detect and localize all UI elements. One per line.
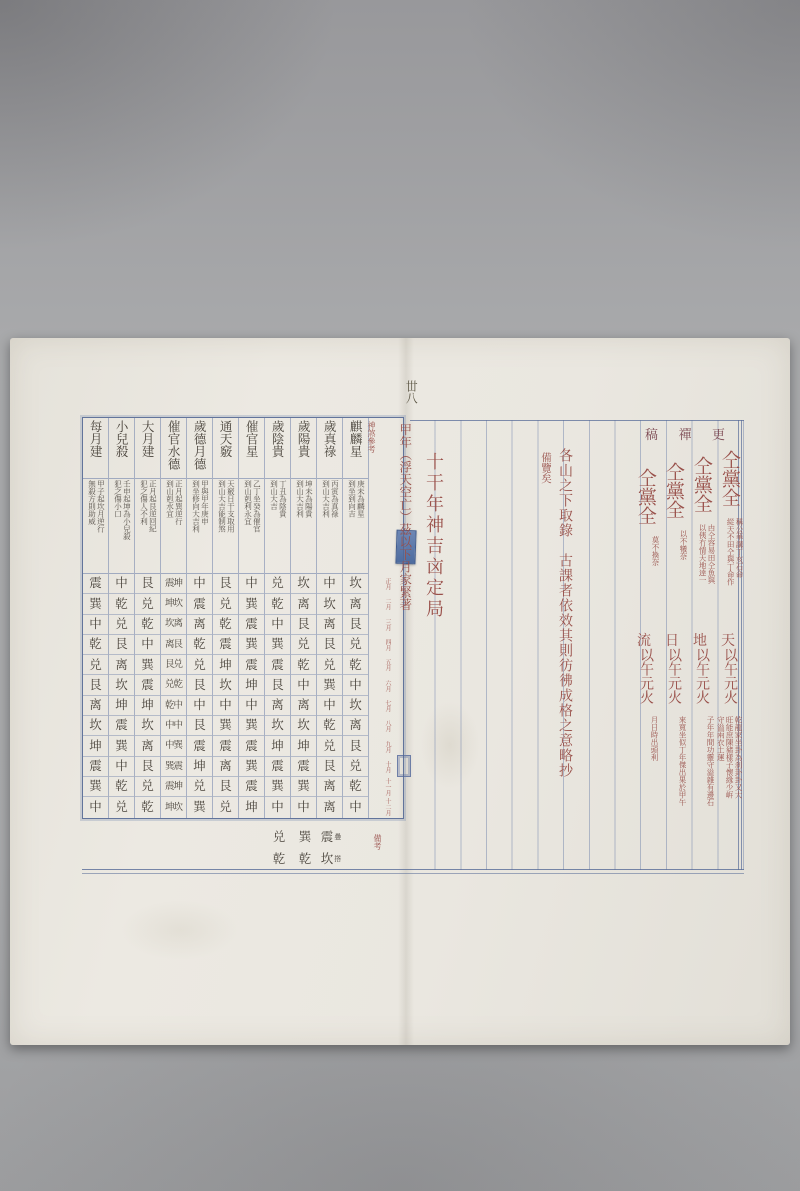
extra-trigram-sub: 撘 [334,856,341,863]
fire-column: 仝黨全莫不換奈流以午元火月日時出頭利 [630,450,658,872]
column-header-text: 催官星 [245,420,258,478]
trigram-cell: 中 [83,615,108,635]
trigram-cell: 乾 [291,655,316,675]
corner-mark: 更禪稿 [645,424,725,443]
trigram-cell: 坎 [343,696,368,716]
side-note: 莫不換奈 [650,536,659,658]
trigram-cell: 巽 [239,594,264,614]
trigram-cell: 震 [213,736,238,756]
trigram-cell: 巽 [317,675,342,695]
red-text-columns: 仝黨全稱公華講丁亥石命緃天不田仝與丁命作天以午元火乾龍家坐卦為刹卦卦又大旺能庶陳… [630,450,742,872]
trigram-cell: 坤 [239,675,264,695]
month-label: 二月 [381,594,393,614]
foot-note: 月日時出頭利 [649,716,658,872]
trigram-cell: 艮 [135,574,160,594]
trigram-cell: 离艮 [161,635,186,655]
trigram-cell: 兑 [265,574,290,594]
column-note-line: 甲子起坎月逆行 [97,480,105,573]
paper-stain [120,900,240,960]
fire-column: 仝黨全稱公華講丁亥石命緃天不田仝與丁命作天以午元火乾龍家坐卦為刹卦卦又大旺能庶陳… [714,450,742,872]
extra-trigram-cell: 乾 [292,848,318,870]
trigram-cell: 坤坎 [161,797,186,817]
foot-note-line: 月日時出頭利 [650,716,658,872]
trigram-cell: 艮 [187,716,212,736]
trigram-cell: 离 [291,696,316,716]
month-label-text: 十二月 [384,798,390,816]
trigram-cell: 兑 [109,797,134,817]
trigram-cell: 坤 [213,655,238,675]
extra-trigram-cell: 兑 [266,826,292,848]
table-column: 每月建甲子起坎月逆行無殺方則助威震巽中乾兑艮离坎坤震巽中 [83,418,109,818]
trigram-cell: 艮 [213,574,238,594]
intro-column-text: 各山之下取錄 古課者依效其則彷彿成格之意略抄 [555,448,575,876]
phrase-text: 以午元火 [664,648,684,714]
trigram-cell: 艮 [213,777,238,797]
column-notes: 甲子起坎月逆行無殺方則助威 [83,479,108,574]
trigram-cell: 兑 [343,635,368,655]
trigram-cell: 兑 [135,777,160,797]
column-notes: 正月起艮逆回紀犯之傷人不利 [135,479,160,574]
trigram-cell: 巽 [187,797,212,817]
month-label-text: 八月 [384,720,390,732]
foot-note: 乾龍家坐卦為刹卦卦又大旺能庶陳豬樣子懷緣少㟁守溢兩衣土運 [715,716,742,872]
trigram-cell: 兑 [83,655,108,675]
trigram-cell: 坤坎 [161,594,186,614]
trigram-cell: 中 [317,574,342,594]
column-notes: 丁丑為陰貴到山大吉 [265,479,290,574]
side-note-line: 以侇冇情天地逹一 [698,524,706,646]
foot-note: 來寬坐似丁年傑出果於甲午 [677,716,686,872]
column-header-text: 歲陽貴 [297,420,310,478]
trigram-cell: 乾 [109,777,134,797]
side-note: 稱公華講丁亥石命緃天不田仝與丁命作 [725,518,743,640]
month-label-text: 七月 [384,700,390,712]
extra-row: 乾乾坎撘 [266,848,344,870]
trigram-cell: 中 [343,675,368,695]
extra-trigram-cell: 坎撘 [318,848,344,870]
trigram-cell: 中 [213,696,238,716]
column-note-line: 無殺方則助威 [88,480,96,573]
trigram-cell: 巽 [83,594,108,614]
trigram-cell: 离 [187,615,212,635]
trigram-cell: 中 [291,675,316,695]
deity-month-table: 每月建甲子起坎月逆行無殺方則助威震巽中乾兑艮离坎坤震巽中小兒殺壬申起坤為小兒殺犯… [82,417,404,819]
trigram-cell: 离 [213,757,238,777]
column-header: 催官星 [239,418,264,479]
trigram-cell: 震 [291,757,316,777]
column-note-line: 到山剋水宜 [166,480,174,573]
month-label: 正月 [381,574,393,594]
element-character: 天 [721,630,735,650]
foot-note-line: 旺能庶陳豬樣子懷緣少㟁 [725,716,733,872]
fire-column: 仝黨全甴仝容易田仝魚與以侇冇情天地逹一地以午元火子年年間功靈守溢雜有邊石 [686,450,714,872]
remark-label: 備考 [372,834,383,876]
trigram-cell: 中 [265,615,290,635]
trigram-cell: 巽 [109,736,134,756]
element-character: 地 [693,630,707,650]
foot-note-line: 乾龍家坐卦為刹卦卦又大 [734,716,742,872]
column-note-line: 甲與甲年庚申 [201,480,209,573]
trigram-cell: 离 [343,716,368,736]
extra-trigram-main: 坎 [321,853,334,866]
trigram-cell: 乾 [135,615,160,635]
trigram-cell: 兑 [213,797,238,817]
trigram-cell: 震 [83,757,108,777]
side-note-line: 莫不換奈 [651,536,659,658]
month-label: 九月 [381,736,393,756]
trigram-cell: 坎 [135,716,160,736]
side-note-line: 稱公華講丁亥石命 [735,518,743,640]
extra-trigram-cell: 乾 [266,848,292,870]
column-header: 每月建 [83,418,108,479]
trigram-cell: 坤 [239,797,264,817]
table-column: 催官水德正月起巽逆行到山剋水宜震坤坤坎坎离离艮艮兑兑乾乾中中中中巽巽震震坤坤坎 [161,418,187,818]
trigram-cell: 离 [83,696,108,716]
trigram-cell: 中 [317,696,342,716]
column-note-line: 犯之傷小口 [114,480,122,573]
phrase-text: 以午元火 [720,648,740,714]
corner-mark-char: 禪 [678,424,691,443]
foot-note: 子年年間功靈守溢雜有邊石 [705,716,714,872]
photo-background: 丗八 更禪稿 仝黨全稱公華講丁亥石命緃天不田仝與丁命作天以午元火乾龍家坐卦為刹卦… [0,0,800,1191]
table-column: 通天竅天竅日干支取用到山大吉能制煞艮兑乾震坤坎中巽震离艮兑 [213,418,239,818]
trigram-cell: 坤 [135,696,160,716]
trigram-cell: 中 [239,574,264,594]
column-header: 麒麟星 [343,418,368,479]
trigram-cell: 离 [109,655,134,675]
side-note-line: 緃天不田仝與丁命作 [726,518,734,640]
trigram-cell: 巽 [265,635,290,655]
table-column: 歲真祿丙寅為真祿到山大吉利中坎离艮兑巽中乾兑艮离离 [317,418,343,818]
trigram-cell: 乾 [265,594,290,614]
column-notes: 壬申起坤為小兒殺犯之傷小口 [109,479,134,574]
trigram-cell: 坤 [265,736,290,756]
trigram-cell: 乾 [109,594,134,614]
month-label: 八月 [381,716,393,736]
column-header: 歲陽貴 [291,418,316,479]
big-characters: 仝黨全 [662,462,684,519]
month-label: 十一月 [381,777,393,797]
column-notes: 正月起巽逆行到山剋水宜 [161,479,186,574]
trigram-cell: 坎 [213,675,238,695]
column-note-line: 到坐修向大吉利 [192,480,200,573]
trigram-cell: 坎 [109,675,134,695]
trigram-cell: 乾 [343,777,368,797]
trigram-cell: 艮 [343,736,368,756]
column-header-text: 大月建 [141,420,154,478]
trigram-cell: 中 [135,635,160,655]
trigram-cell: 巽 [291,777,316,797]
trigram-cell: 艮 [83,675,108,695]
column-notes: 庚未為麟星到坐到向吉 [343,479,368,574]
extra-trigram-main: 巽 [299,831,312,844]
month-label-text: 二月 [384,598,390,610]
corner-mark-char: 更 [712,424,725,443]
trigram-cell: 艮 [291,615,316,635]
trigram-cell: 坤 [291,736,316,756]
extra-trigram-sub: 疊 [334,834,341,841]
big-characters: 仝黨全 [718,450,740,507]
column-header: 催官水德 [161,418,186,479]
month-strip-spacer [381,418,393,574]
trigram-cell: 艮 [135,757,160,777]
intro-side-note: 備覽矣 [539,452,554,547]
trigram-cell: 中 [109,757,134,777]
trigram-cell: 兑 [343,757,368,777]
trigram-cell: 巽震 [161,757,186,777]
extra-trigram-main: 兑 [273,831,286,844]
trigram-cell: 乾 [343,655,368,675]
month-label: 五月 [381,655,393,675]
column-note-line: 犯之傷人不利 [140,480,148,573]
trigram-cell: 离 [317,615,342,635]
column-note-line: 到山大吉利 [296,480,304,573]
column-header-text: 催官水德 [167,420,180,478]
trigram-cell: 离 [317,797,342,817]
foot-note-line: 守溢兩衣土運 [716,716,724,872]
month-label-text: 三月 [384,619,390,631]
table-column: 小兒殺壬申起坤為小兒殺犯之傷小口中乾兑艮离坎坤震巽中乾兑 [109,418,135,818]
column-header-text: 麒麟星 [349,420,362,478]
trigram-cell: 震 [239,736,264,756]
trigram-cell: 兑 [187,655,212,675]
trigram-cell: 中 [83,797,108,817]
side-note: 以不犧奈 [678,530,687,652]
corner-mark-char: 稿 [645,424,658,443]
trigram-cell: 中 [265,797,290,817]
trigram-cell: 兑 [213,594,238,614]
trigram-cell: 艮 [265,675,290,695]
column-note-line: 壬申起坤為小兒殺 [123,480,131,573]
trigram-cell: 离 [291,594,316,614]
extra-trigram-rows: 兑巽震疊乾乾坎撘 [266,826,344,870]
trigram-cell: 中中 [161,716,186,736]
column-note-line: 到山大吉 [270,480,278,573]
trigram-cell: 乾 [83,635,108,655]
trigram-cell: 乾中 [161,696,186,716]
trigram-cell: 坎 [343,574,368,594]
trigram-cell: 兑 [109,615,134,635]
extra-trigram-cell: 巽 [292,826,318,848]
column-notes: 乙丁坐癸為催官到山剋利永宜 [239,479,264,574]
column-header: 大月建 [135,418,160,479]
month-label: 六月 [381,675,393,695]
month-label: 十二月 [381,797,393,817]
phrase-text: 以午元火 [692,648,712,714]
column-notes: 坤未為陽貴到山大吉利 [291,479,316,574]
table-column: 催官星乙丁坐癸為催官到山剋利永宜中巽震巽震坤中巽震巽震坤 [239,418,265,818]
column-header-text: 歲德月德 [193,420,206,478]
trigram-cell: 兑 [187,777,212,797]
trigram-cell: 震 [187,594,212,614]
trigram-cell: 震 [135,675,160,695]
trigram-cell: 震 [83,574,108,594]
trigram-cell: 巽 [135,655,160,675]
trigram-cell: 艮 [317,635,342,655]
side-note-line: 甴仝容易田仝魚與 [707,524,715,646]
trigram-cell: 坤 [109,696,134,716]
trigram-cell: 艮 [317,757,342,777]
column-note-line: 到山大吉利 [322,480,330,573]
column-note-line: 乙丁坐癸為催官 [253,480,261,573]
table-columns: 每月建甲子起坎月逆行無殺方則助威震巽中乾兑艮离坎坤震巽中小兒殺壬申起坤為小兒殺犯… [83,418,381,818]
trigram-cell: 震 [109,716,134,736]
extra-trigram-main: 乾 [299,853,312,866]
month-label-text: 五月 [384,659,390,671]
trigram-cell: 震 [213,635,238,655]
column-notes: 甲與甲年庚申到坐修向大吉利 [187,479,212,574]
trigram-cell: 中 [187,696,212,716]
trigram-cell: 中 [343,797,368,817]
trigram-cell: 震 [239,655,264,675]
column-note-line: 丙寅為真祿 [331,480,339,573]
trigram-cell: 兑 [291,635,316,655]
column-note-line: 正月起艮逆回紀 [149,480,157,573]
column-header-text: 每月建 [89,420,102,478]
trigram-cell: 乾 [135,797,160,817]
month-label: 十月 [381,757,393,777]
trigram-cell: 巽 [213,716,238,736]
month-label-text: 九月 [384,741,390,753]
column-header-text: 通天竅 [219,420,232,478]
section-title: 十干年神吉㐫定局 [420,452,446,657]
trigram-cell: 坎 [83,716,108,736]
trigram-cell: 艮兑 [161,655,186,675]
trigram-cell: 坎 [265,716,290,736]
trigram-cell: 震 [187,736,212,756]
column-note-line: 坤未為陽貴 [305,480,313,573]
trigram-cell: 坤 [187,757,212,777]
trigram-cell: 艮 [187,675,212,695]
trigram-cell: 艮 [109,635,134,655]
trigram-cell: 兑 [317,655,342,675]
trigram-cell: 巽 [239,635,264,655]
trigram-cell: 艮 [343,615,368,635]
trigram-cell: 坎 [291,716,316,736]
trigram-cell: 中巽 [161,736,186,756]
element-character: 流 [637,630,651,650]
trigram-cell: 巽 [265,777,290,797]
column-notes: 天竅日干支取用到山大吉能制煞 [213,479,238,574]
column-note-line: 到山剋利永宜 [244,480,252,573]
table-column: 大月建正月起艮逆回紀犯之傷人不利艮兑乾中巽震坤坎离艮兑乾 [135,418,161,818]
column-note-line: 丁丑為陰貴 [279,480,287,573]
month-label: 七月 [381,696,393,716]
element-character: 日 [665,630,679,650]
trigram-cell: 震 [265,655,290,675]
extra-row: 兑巽震疊 [266,826,344,848]
extra-trigram-main: 震 [321,831,334,844]
month-label: 四月 [381,635,393,655]
table-column: 歲陰貴丁丑為陰貴到山大吉兑乾中巽震艮离坎坤震巽中 [265,418,291,818]
month-label-text: 六月 [384,680,390,692]
trigram-cell: 中 [291,797,316,817]
trigram-cell: 中 [187,574,212,594]
trigram-cell: 中 [239,696,264,716]
extra-trigram-cell: 震疊 [318,826,344,848]
trigram-cell: 中 [109,574,134,594]
column-header: 小兒殺 [109,418,134,479]
page-number: 丗八 [404,380,417,422]
trigram-cell: 震坤 [161,777,186,797]
month-label-text: 十月 [384,761,390,773]
column-header: 歲德月德 [187,418,212,479]
column-header: 歲真祿 [317,418,342,479]
column-notes: 丙寅為真祿到山大吉利 [317,479,342,574]
big-characters: 仝黨全 [690,456,712,513]
big-characters: 仝黨全 [634,468,656,525]
month-label: 三月 [381,615,393,635]
column-note-line: 到坐到向吉 [348,480,356,573]
trigram-cell: 兑 [135,594,160,614]
trigram-cell: 巽 [239,716,264,736]
year-title: 甲年（浮天空亡）茲以下月家緊著 [398,423,412,763]
trigram-cell: 兑 [317,736,342,756]
trigram-cell: 震坤 [161,574,186,594]
trigram-cell: 坤 [83,736,108,756]
table-column: 歲德月德甲與甲年庚申到坐修向大吉利中震离乾兑艮中艮震坤兑巽 [187,418,213,818]
trigram-cell: 坎 [317,594,342,614]
trigram-cell: 巽 [239,757,264,777]
trigram-cell: 兑乾 [161,675,186,695]
trigram-cell: 坎 [291,574,316,594]
fire-column: 仝黨全以不犧奈日以午元火來寬坐似丁年傑出果於甲午 [658,450,686,872]
trigram-cell: 震 [239,615,264,635]
month-strip: 正月二月三月四月五月六月七月八月九月十月十一月十二月 [381,418,393,818]
trigram-cell: 乾 [213,615,238,635]
foot-note-line: 子年年間功靈守溢雜有邊石 [706,716,714,872]
trigram-cell: 离 [343,594,368,614]
trigram-cell: 震 [265,757,290,777]
phrase-text: 以午元火 [636,648,656,714]
column-header-text: 歲陰貴 [271,420,284,478]
trigram-cell: 震 [239,777,264,797]
trigram-cell: 离 [317,777,342,797]
trigram-cell: 离 [265,696,290,716]
column-note-line: 到山大吉能制煞 [218,480,226,573]
deity-side-label: 神煞參考 [366,421,377,556]
column-header-text: 小兒殺 [115,420,128,478]
month-label-text: 正月 [384,578,390,590]
column-note-line: 天竅日干支取用 [227,480,235,573]
column-note-line: 正月起巽逆行 [175,480,183,573]
month-label-text: 四月 [384,639,390,651]
side-note: 甴仝容易田仝魚與以侇冇情天地逹一 [697,524,715,646]
column-header-text: 歲真祿 [323,420,336,478]
trigram-cell: 坎离 [161,615,186,635]
column-note-line: 庚未為麟星 [357,480,365,573]
extra-trigram-main: 乾 [273,853,286,866]
side-note-line: 以不犧奈 [679,530,687,652]
month-label-text: 十一月 [384,778,390,796]
foot-note-line: 來寬坐似丁年傑出果於甲午 [678,716,686,872]
column-header: 通天竅 [213,418,238,479]
trigram-cell: 乾 [317,716,342,736]
column-header: 歲陰貴 [265,418,290,479]
table-column: 歲陽貴坤未為陽貴到山大吉利坎离艮兑乾中离坎坤震巽中 [291,418,317,818]
trigram-cell: 巽 [83,777,108,797]
year-title-column: 甲年（浮天空亡）茲以下月家緊著 [393,418,403,818]
trigram-cell: 乾 [187,635,212,655]
trigram-cell: 离 [135,736,160,756]
